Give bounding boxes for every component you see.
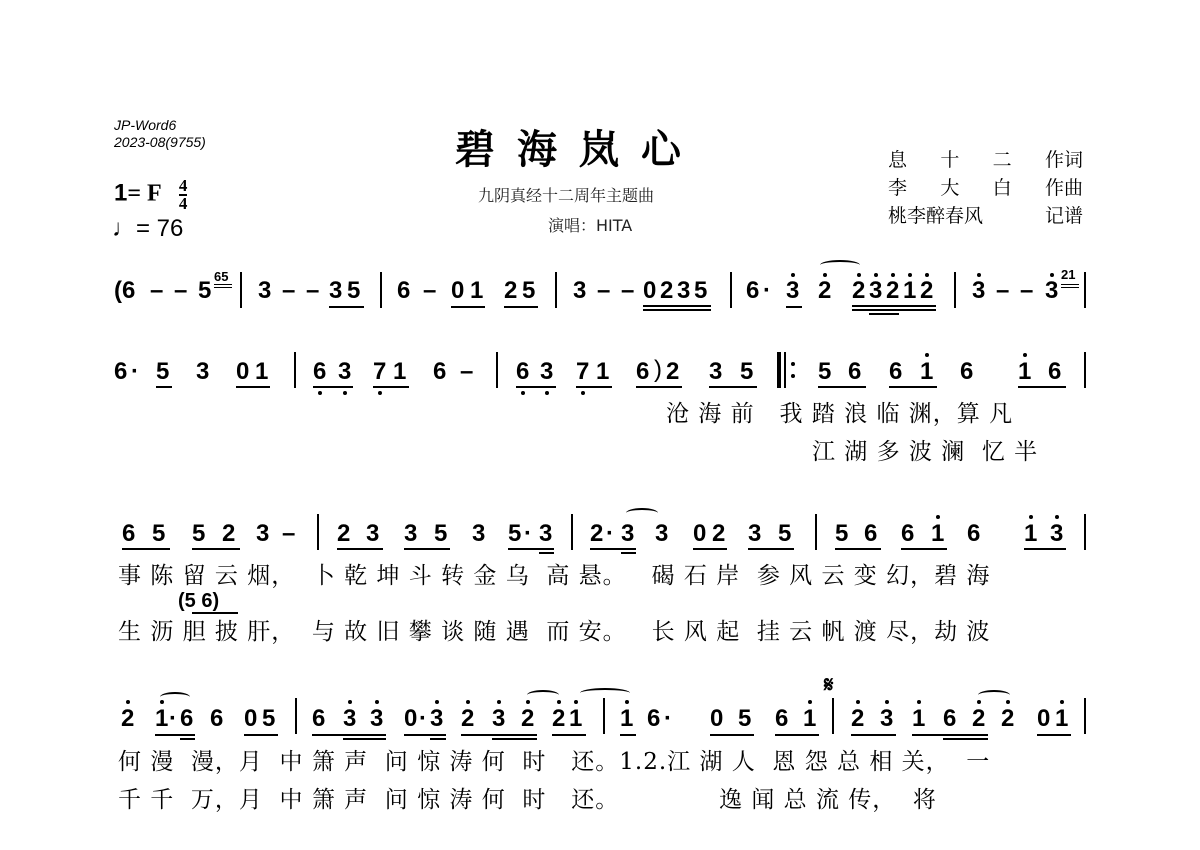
note: 3 [329,277,342,305]
note: 5 [156,358,169,386]
dot-extension: · [169,705,177,733]
note: 0 [236,358,249,386]
note: 6 [122,520,135,548]
note: 2 [712,520,725,548]
eighth-beam [1018,386,1066,388]
dot-extension: · [419,705,427,733]
key-degree: 1 [114,180,127,207]
credit-char: 桃李醉春风 [888,202,983,230]
eighth-beam [1024,548,1066,550]
dash: – [282,277,295,305]
low-octave-dot [378,391,382,395]
note: 2 [660,277,673,305]
high-octave-dot [1060,700,1064,704]
barline [496,352,498,388]
note: 5 [434,520,447,548]
note: 2 [818,277,831,305]
note: 6 [1048,358,1061,386]
eighth-beam [236,386,270,388]
eighth-beam [508,548,554,550]
note: 2 [851,705,864,733]
note: 0 [1037,705,1050,733]
note: 1 [393,358,406,386]
dash: – [996,277,1009,305]
note: 3 [404,520,417,548]
note: 6 [313,358,326,386]
note: 1 [155,705,168,733]
note: 3 [196,358,209,386]
note: 6 [647,705,660,733]
note: 5 [508,520,521,548]
note: 6 [433,358,446,386]
low-octave-dot [318,391,322,395]
note: 3 [748,520,761,548]
note: 5 [694,277,707,305]
high-octave-dot [625,700,629,704]
note: 0 [693,520,706,548]
credit-char: 息 [888,146,907,174]
note: 2 [1001,705,1014,733]
note: 6 [114,358,127,386]
high-octave-dot [1029,515,1033,519]
note: 3 [880,705,893,733]
sixteenth-beam [643,309,711,311]
eighth-beam [337,548,383,550]
credit-char: 二 [993,146,1012,174]
sixteenth-beam [852,309,936,311]
note: 2 [521,705,534,733]
grace-underline [214,287,232,288]
sixteenth-beam [492,738,537,740]
eighth-beam [312,734,386,736]
note: 6 [775,705,788,733]
lyrics-verse-1: 沧 海 前 我 踏 浪 临 渊，算 凡 [666,400,1013,428]
eighth-beam [329,306,364,308]
lyrics-verse-1: 何 漫 漫，月 中 箫 声 问 惊 涛 何 时 还。1.2.江 湖 人 恩 怨 … [118,748,990,776]
repeat-start-barline [777,352,781,388]
grace-notes: 21 [1061,268,1075,281]
eighth-beam [851,734,896,736]
note: 3 [492,705,505,733]
low-octave-dot [581,391,585,395]
note: 5 [198,277,211,305]
low-octave-dot [545,391,549,395]
dot-extension: · [664,705,672,733]
dash: – [423,277,436,305]
dot-extension: · [524,520,532,548]
note: 1 [255,358,268,386]
tie [820,260,860,270]
note: 3 [1045,277,1058,305]
page-title: 碧海岚心 [455,118,703,175]
eighth-beam [516,386,556,388]
credit-char: 十 [940,146,959,174]
eighth-beam [192,548,240,550]
eighth-beam [590,548,636,550]
high-octave-dot [936,515,940,519]
note: 2 [666,358,679,386]
high-octave-dot [891,273,895,277]
note: 6 [210,705,223,733]
grace-underline [1061,287,1079,288]
note: 3 [621,520,634,548]
barline [555,272,557,308]
eighth-beam [244,734,278,736]
tie [160,692,190,702]
barline [1084,698,1086,734]
note: 6 [516,358,529,386]
tie [527,690,559,700]
grace-notes: 65 [214,270,228,283]
dot-extension: · [606,520,614,548]
thirtysecond-beam [869,313,899,315]
note: 3 [258,277,271,305]
high-octave-dot [885,700,889,704]
high-octave-dot [908,273,912,277]
barline [295,698,297,734]
repeat-dot [791,362,795,366]
eighth-beam [835,548,881,550]
note: 3 [343,705,356,733]
note: 1 [569,705,582,733]
eighth-beam [1037,734,1071,736]
eighth-beam [693,548,727,550]
eighth-beam [156,386,172,388]
lyrics-verse-2: 千 千 万，月 中 箫 声 问 惊 涛 何 时 还。 逸 闻 总 流 传， 将 [118,786,937,814]
note: 3 [370,705,383,733]
note: 1 [1018,358,1031,386]
tie [580,688,630,698]
barline [815,514,817,550]
eighth-beam [313,386,353,388]
segno-icon: 𝄋 [824,672,833,698]
lyrics-verse-1: 事 陈 留 云 烟， 卜 乾 坤 斗 转 金 乌 高 悬。 碣 石 岸 参 风 … [118,562,990,590]
note: 5 [192,520,205,548]
note: 1 [620,705,633,733]
repeat-start-barline-thin [784,352,786,388]
barline [380,272,382,308]
eighth-beam [620,734,636,736]
high-octave-dot [348,700,352,704]
sixteenth-beam [343,738,386,740]
note: 0 [404,705,417,733]
eighth-beam [373,386,409,388]
high-octave-dot [526,700,530,704]
sixteenth-beam [621,552,636,554]
repeat-dot [791,374,795,378]
dot-extension: · [131,358,139,386]
note: 2 [222,520,235,548]
sixteenth-beam [643,305,711,307]
note: 6 [848,358,861,386]
eighth-beam [451,306,485,308]
sixteenth-beam [430,738,446,740]
note: 3 [972,277,985,305]
note: 6 [397,277,410,305]
barline [571,514,573,550]
note: 0 [451,277,464,305]
barline [1084,352,1086,388]
note: 3 [869,277,882,305]
high-octave-dot [574,700,578,704]
eighth-beam [710,734,754,736]
note: 6 [889,358,902,386]
alternate-notes-beam [192,612,238,614]
note: 6 [636,358,649,386]
note: 6 [864,520,877,548]
note: 5 [778,520,791,548]
barline [1084,272,1086,308]
note: 6 [746,277,759,305]
time-signature: 4 4 [179,178,188,212]
eighth-beam [786,306,802,308]
dash: – [460,358,473,386]
high-octave-dot [977,700,981,704]
credit-char: 白 [993,174,1012,202]
note: 5 [152,520,165,548]
key-note: F [147,181,161,207]
software-version: 2023-08(9755) [114,134,206,151]
note: 6 [312,705,325,733]
key-equals: = [127,181,141,207]
credit-role: 记谱 [1045,202,1083,230]
sixteenth-beam [180,738,195,740]
high-octave-dot [1055,515,1059,519]
barline [294,352,296,388]
high-octave-dot [856,700,860,704]
credit-composer: 李 大 白 作曲 [888,174,1083,202]
note: 1 [920,358,933,386]
eighth-beam [155,734,195,736]
dash: – [1020,277,1033,305]
eighth-beam [122,548,170,550]
low-octave-dot [343,391,347,395]
tie [978,690,1010,700]
note: 3 [709,358,722,386]
credit-transcriber: 桃李醉春风 记谱 [888,202,1083,230]
note: 1 [903,277,916,305]
high-octave-dot [857,273,861,277]
high-octave-dot [808,700,812,704]
eighth-beam [748,548,794,550]
eighth-beam [404,548,450,550]
dot-extension: · [763,277,771,305]
note: 2 [552,705,565,733]
note: 3 [366,520,379,548]
high-octave-dot [925,353,929,357]
note: 6 [967,520,980,548]
key-signature: 1= F 4 4 [114,178,187,212]
note: 3 [472,520,485,548]
tempo-value: = 76 [136,215,183,242]
dash: – [621,277,634,305]
note: 5 [818,358,831,386]
high-octave-dot [497,700,501,704]
tie [626,508,658,518]
tempo-marking: ♩= 76 [112,215,183,243]
note: 1 [912,705,925,733]
note: 3 [256,520,269,548]
low-octave-dot [521,391,525,395]
note: 2 [886,277,899,305]
note: 2 [590,520,603,548]
high-octave-dot [466,700,470,704]
note: 7 [373,358,386,386]
barline [832,698,834,734]
subtitle: 九阴真经十二周年主题曲 [478,183,654,206]
high-octave-dot [977,273,981,277]
note: 1 [803,705,816,733]
note: 2 [504,277,517,305]
eighth-beam [709,386,757,388]
note: 0 [244,705,257,733]
high-octave-dot [823,273,827,277]
sixteenth-beam [943,738,988,740]
note: 3 [573,277,586,305]
barline [240,272,242,308]
note: 2 [337,520,350,548]
eighth-beam [636,386,682,388]
barline [730,272,732,308]
credit-role: 作词 [1045,146,1083,174]
note: 7 [576,358,589,386]
barline [954,272,956,308]
note: 5 [740,358,753,386]
barline [1084,514,1086,550]
note: 2 [852,277,865,305]
high-octave-dot [791,273,795,277]
quarter-note-icon: ♩ [112,215,136,242]
close-paren: ) [654,356,662,384]
note: 3 [430,705,443,733]
note: 2 [972,705,985,733]
high-octave-dot [917,700,921,704]
high-octave-dot [1006,700,1010,704]
note: 3 [1050,520,1063,548]
high-octave-dot [874,273,878,277]
dash: – [174,277,187,305]
note: 6 [943,705,956,733]
note: 3 [338,358,351,386]
high-octave-dot [1023,353,1027,357]
eighth-beam [901,548,947,550]
credit-char: 李 [888,174,907,202]
note: 2 [461,705,474,733]
note: 1 [931,520,944,548]
eighth-beam [889,386,937,388]
note: 3 [677,277,690,305]
eighth-beam [461,734,537,736]
note: 2 [920,277,933,305]
lyrics-verse-2: 江 湖 多 波 澜 忆 半 [812,438,1038,466]
high-octave-dot [1050,273,1054,277]
dash: – [597,277,610,305]
note: 3 [786,277,799,305]
credit-char: 大 [940,174,959,202]
eighth-beam [775,734,819,736]
lyrics-verse-2: 生 沥 胆 披 肝， 与 故 旧 攀 谈 随 遇 而 安。 长 风 起 挂 云 … [118,618,990,646]
performer: 演唱：HITA [548,213,632,236]
eighth-beam [912,734,988,736]
note: 3 [655,520,668,548]
credits: 息 十 二 作词 李 大 白 作曲 桃李醉春风 记谱 [888,146,1083,230]
barline [603,698,605,734]
grace-underline [1061,284,1079,285]
high-octave-dot [375,700,379,704]
dash: – [282,520,295,548]
note: 0 [643,277,656,305]
eighth-beam [552,734,586,736]
note: 5 [835,520,848,548]
credit-role: 作曲 [1045,174,1083,202]
dash: – [150,277,163,305]
note: 5 [262,705,275,733]
note: 5 [522,277,535,305]
high-octave-dot [925,273,929,277]
alternate-notes: (5 6) [178,590,219,612]
note: 3 [540,358,553,386]
eighth-beam [504,306,538,308]
note: 1 [1055,705,1068,733]
note: (6 [114,277,135,305]
eighth-beam [404,734,446,736]
note: 1 [596,358,609,386]
note: 5 [347,277,360,305]
eighth-beam [576,386,612,388]
note: 6 [901,520,914,548]
note: 2 [121,705,134,733]
note: 0 [710,705,723,733]
eighth-beam [818,386,866,388]
grace-underline [214,284,232,285]
sixteenth-beam [852,305,936,307]
dash: – [306,277,319,305]
time-denominator: 4 [179,196,188,212]
high-octave-dot [435,700,439,704]
note: 1 [470,277,483,305]
note: 6 [180,705,193,733]
high-octave-dot [126,700,130,704]
sixteenth-beam [539,552,554,554]
software-name: JP-Word6 [114,117,206,134]
software-label: JP-Word6 2023-08(9755) [114,117,206,151]
note: 5 [738,705,751,733]
note: 6 [960,358,973,386]
barline [317,514,319,550]
high-octave-dot [557,700,561,704]
note: 3 [539,520,552,548]
note: 1 [1024,520,1037,548]
credit-lyricist: 息 十 二 作词 [888,146,1083,174]
